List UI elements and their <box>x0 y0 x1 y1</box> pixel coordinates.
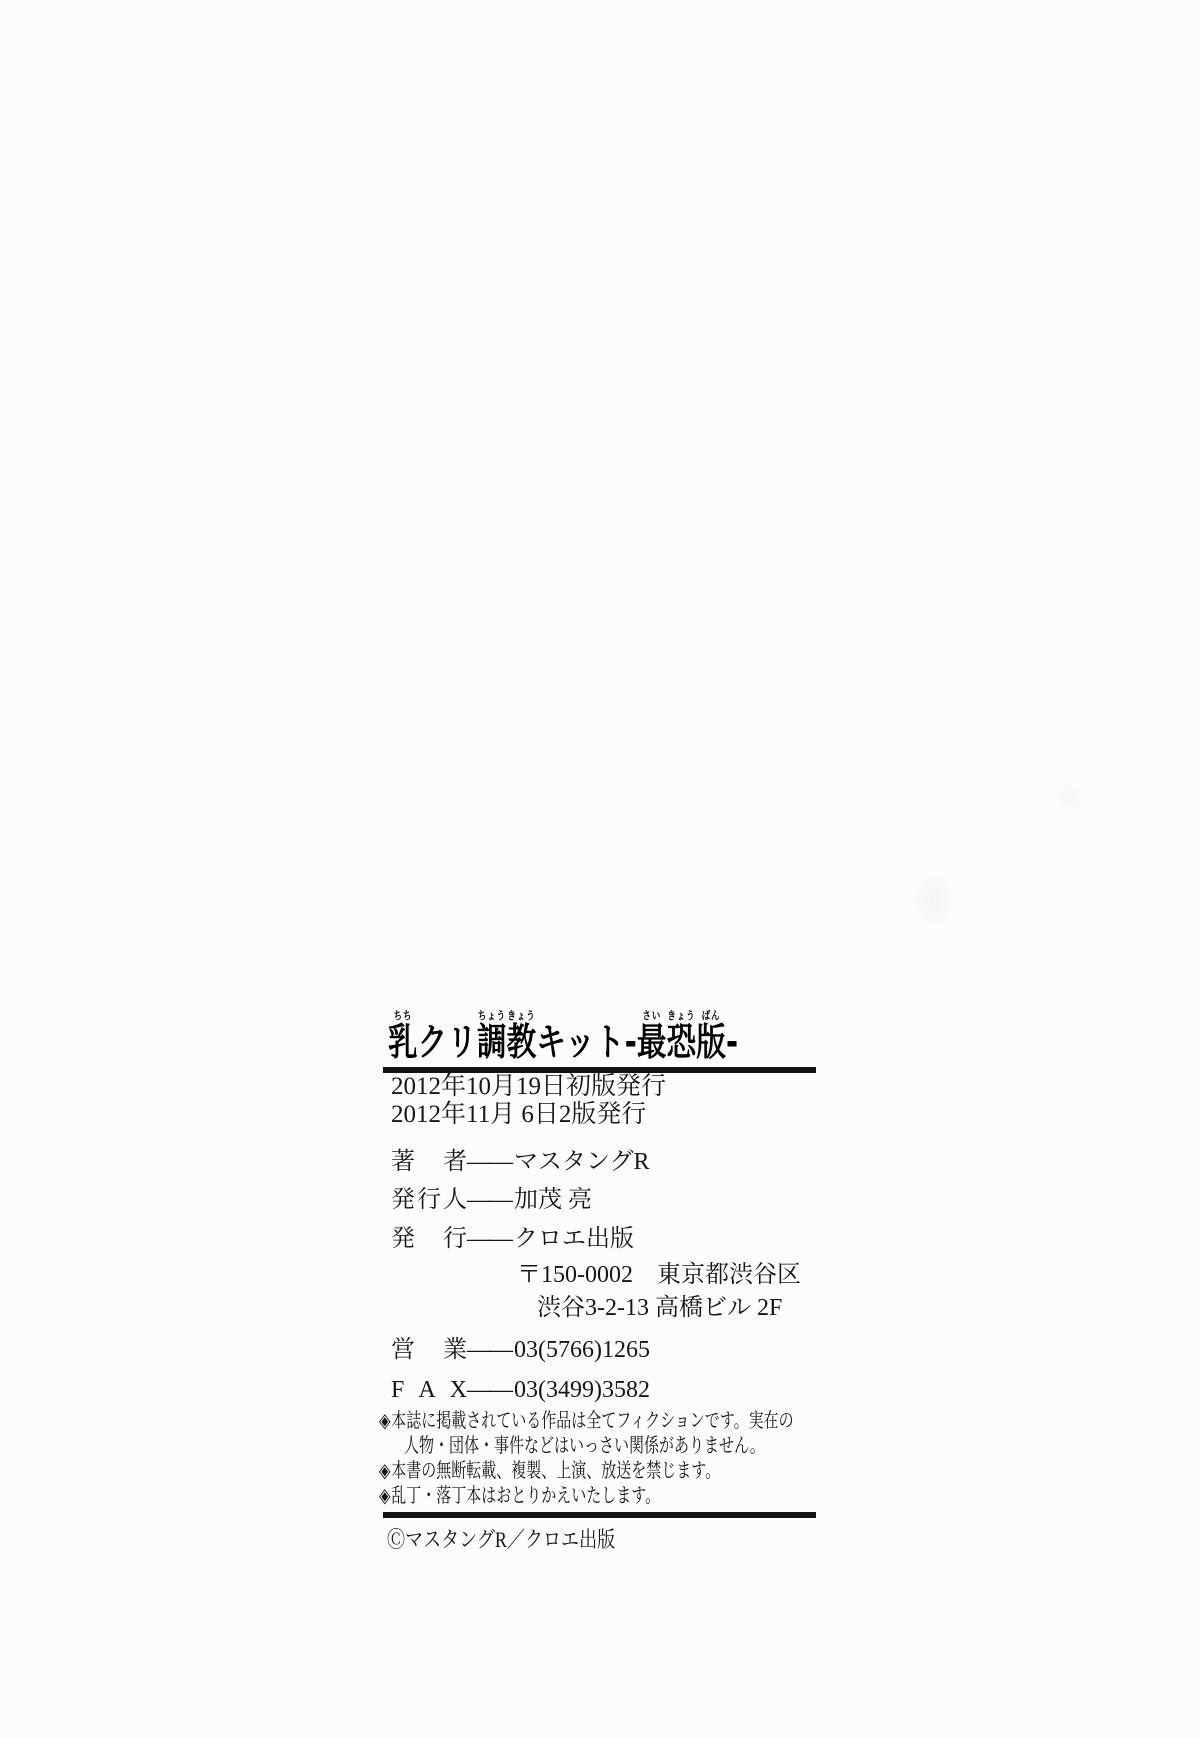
fax-row: F A X——03(3499)3582 <box>391 1377 650 1404</box>
copyright-line: ⒸマスタングR／クロエ出版 <box>387 1527 615 1553</box>
address-line-street: 渋谷3-2-13 高橋ビル 2F <box>537 1295 782 1322</box>
label-dash: —— <box>467 1226 514 1252</box>
legal-notices: ◈本誌に掲載されている作品は全てフィクションです。実在の 人物・団体・事件などは… <box>379 1409 932 1509</box>
label-dash: —— <box>467 1187 514 1213</box>
notice-fiction-line1: ◈本誌に掲載されている作品は全てフィクションです。実在の <box>379 1409 794 1434</box>
label-dash: —— <box>467 1149 514 1175</box>
sales-value: 03(5766)1265 <box>514 1337 650 1363</box>
fax-label: F A X <box>391 1377 467 1404</box>
scan-smudge <box>920 880 946 920</box>
publisher-person-label: 発行人 <box>391 1187 467 1214</box>
label-dash: —— <box>467 1337 514 1363</box>
edition-dates: 2012年10月19日初版発行 2012年11月 6日2版発行 <box>391 1073 666 1129</box>
notice-text: 人物・団体・事件などはいっさい関係がありません。 <box>404 1435 765 1457</box>
address-line-postal: 〒150-0002 東京都渋谷区 <box>517 1262 801 1289</box>
author-value: マスタングR <box>514 1149 650 1175</box>
diamond-bullet-icon: ◈ <box>379 1410 391 1432</box>
notice-reproduction: ◈本書の無断転載、複製、上演、放送を禁じます。 <box>379 1459 794 1484</box>
publisher-person-value: 加茂 亮 <box>514 1187 592 1213</box>
book-title: 乳ちちクリ調ちょう教きょうキット-最さい恐きょう版ばん- <box>388 1009 738 1061</box>
notice-text: 本誌に掲載されている作品は全てフィクションです。実在の <box>391 1410 793 1432</box>
edition-date-first: 2012年10月19日初版発行 <box>391 1073 666 1101</box>
edition-date-second: 2012年11月 6日2版発行 <box>391 1101 666 1129</box>
notice-fiction-line2: 人物・団体・事件などはいっさい関係がありません。 <box>404 1434 800 1459</box>
colophon-page: 乳ちちクリ調ちょう教きょうキット-最さい恐きょう版ばん- 2012年10月19日… <box>0 0 1200 1738</box>
publisher-person-row: 発行人——加茂 亮 <box>391 1187 592 1214</box>
diamond-bullet-icon: ◈ <box>379 1485 391 1507</box>
sales-label: 営 業 <box>391 1337 467 1364</box>
notice-text: 乱丁・落丁本はおとりかえいたします。 <box>391 1485 660 1507</box>
diamond-bullet-icon: ◈ <box>379 1460 391 1482</box>
fax-value: 03(3499)3582 <box>514 1377 650 1403</box>
publisher-row: 発 行——クロエ出版 <box>391 1226 634 1253</box>
publisher-label: 発 行 <box>391 1226 467 1253</box>
label-dash: —— <box>467 1377 514 1403</box>
publisher-value: クロエ出版 <box>514 1226 634 1252</box>
notice-text: 本書の無断転載、複製、上演、放送を禁じます。 <box>391 1460 720 1482</box>
notice-defective-copies: ◈乱丁・落丁本はおとりかえいたします。 <box>379 1484 794 1509</box>
author-row: 著 者——マスタングR <box>391 1149 650 1176</box>
author-label: 著 者 <box>391 1149 467 1176</box>
scan-smudge <box>1060 790 1078 804</box>
sales-phone-row: 営 業——03(5766)1265 <box>391 1337 650 1364</box>
footer-divider-rule <box>383 1512 816 1518</box>
